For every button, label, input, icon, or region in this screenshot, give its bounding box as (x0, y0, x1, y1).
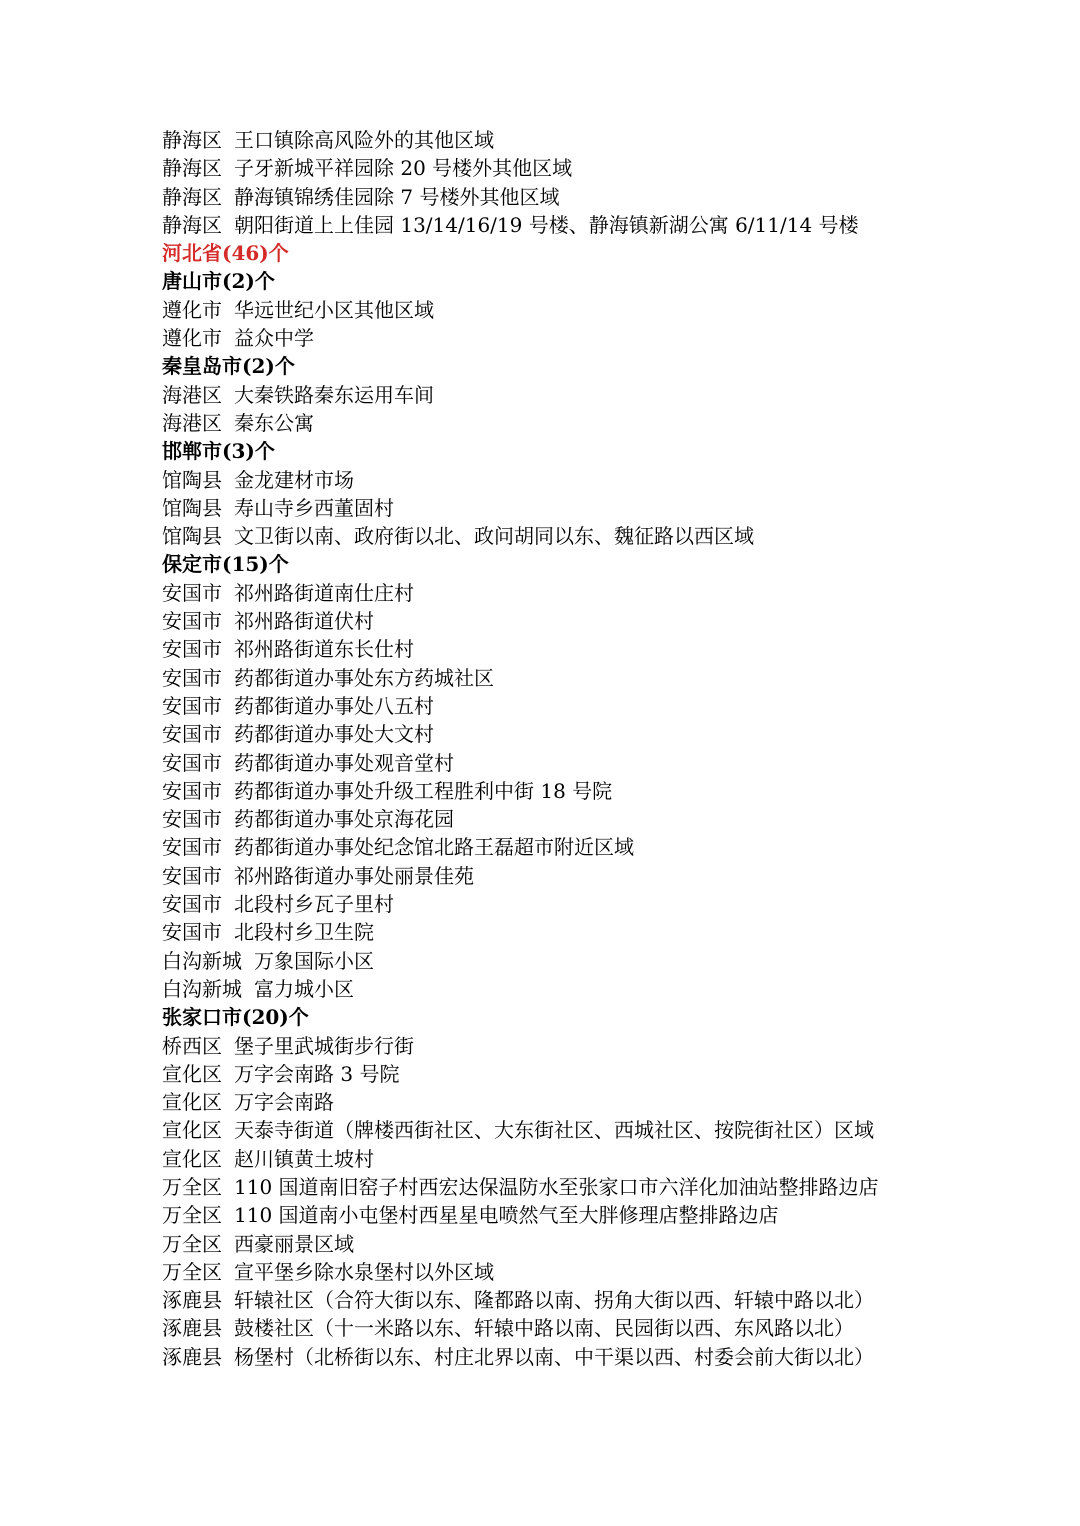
city-heading: 秦皇岛市(2)个 (162, 352, 990, 380)
area-description: 药都街道办事处纪念馆北路王磊超市附近区域 (234, 833, 634, 861)
city-heading: 唐山市(2)个 (162, 267, 990, 295)
district-name: 安国市 (162, 749, 222, 777)
district-name: 宣化区 (162, 1060, 222, 1088)
risk-area-list: 静海区王口镇除高风险外的其他区域静海区子牙新城平祥园除 20 号楼外其他区域静海… (162, 126, 990, 1371)
area-description: 药都街道办事处大文村 (234, 720, 434, 748)
area-description: 药都街道办事处京海花园 (234, 805, 454, 833)
district-name: 静海区 (162, 211, 222, 239)
list-item: 涿鹿县鼓楼社区（十一米路以东、轩辕中路以南、民园街以西、东风路以北） (162, 1314, 990, 1342)
area-description: 赵川镇黄土坡村 (234, 1145, 374, 1173)
list-item: 静海区朝阳街道上上佳园 13/14/16/19 号楼、静海镇新湖公寓 6/11/… (162, 211, 990, 239)
list-item: 安国市北段村乡卫生院 (162, 918, 990, 946)
district-name: 馆陶县 (162, 494, 222, 522)
list-item: 万全区西豪丽景区域 (162, 1230, 990, 1258)
area-description: 药都街道办事处八五村 (234, 692, 434, 720)
district-name: 遵化市 (162, 296, 222, 324)
area-description: 北段村乡卫生院 (234, 918, 374, 946)
district-name: 海港区 (162, 409, 222, 437)
list-item: 桥西区堡子里武城街步行街 (162, 1032, 990, 1060)
list-item: 安国市祁州路街道东长仕村 (162, 635, 990, 663)
area-description: 金龙建材市场 (234, 466, 354, 494)
district-name: 静海区 (162, 126, 222, 154)
district-name: 安国市 (162, 692, 222, 720)
area-description: 万字会南路 (234, 1088, 334, 1116)
list-item: 遵化市华远世纪小区其他区域 (162, 296, 990, 324)
district-name: 安国市 (162, 890, 222, 918)
list-item: 安国市药都街道办事处京海花园 (162, 805, 990, 833)
list-item: 万全区宣平堡乡除水泉堡村以外区域 (162, 1258, 990, 1286)
area-description: 杨堡村（北桥街以东、村庄北界以南、中干渠以西、村委会前大街以北） (234, 1343, 874, 1371)
district-name: 安国市 (162, 918, 222, 946)
list-item: 海港区大秦铁路秦东运用车间 (162, 381, 990, 409)
area-description: 天泰寺街道（牌楼西街社区、大东街社区、西城社区、按院街社区）区域 (234, 1116, 874, 1144)
list-item: 安国市祁州路街道伏村 (162, 607, 990, 635)
district-name: 万全区 (162, 1201, 222, 1229)
district-name: 宣化区 (162, 1145, 222, 1173)
area-description: 寿山寺乡西董固村 (234, 494, 394, 522)
district-name: 遵化市 (162, 324, 222, 352)
district-name: 安国市 (162, 664, 222, 692)
district-name: 桥西区 (162, 1032, 222, 1060)
list-item: 宣化区赵川镇黄土坡村 (162, 1145, 990, 1173)
area-description: 药都街道办事处观音堂村 (234, 749, 454, 777)
area-description: 秦东公寓 (234, 409, 314, 437)
list-item: 万全区110 国道南旧窑子村西宏达保温防水至张家口市六洋化加油站整排路边店 (162, 1173, 990, 1201)
district-name: 馆陶县 (162, 466, 222, 494)
list-item: 安国市祁州路街道办事处丽景佳苑 (162, 862, 990, 890)
district-name: 安国市 (162, 579, 222, 607)
area-description: 祁州路街道伏村 (234, 607, 374, 635)
area-description: 万象国际小区 (254, 947, 374, 975)
area-description: 王口镇除高风险外的其他区域 (234, 126, 494, 154)
district-name: 安国市 (162, 720, 222, 748)
list-item: 馆陶县寿山寺乡西董固村 (162, 494, 990, 522)
area-description: 祁州路街道南仕庄村 (234, 579, 414, 607)
district-name: 安国市 (162, 607, 222, 635)
list-item: 静海区王口镇除高风险外的其他区域 (162, 126, 990, 154)
document-page: 静海区王口镇除高风险外的其他区域静海区子牙新城平祥园除 20 号楼外其他区域静海… (0, 0, 1080, 1526)
district-name: 万全区 (162, 1230, 222, 1258)
list-item: 安国市药都街道办事处大文村 (162, 720, 990, 748)
city-heading: 保定市(15)个 (162, 550, 990, 578)
list-item: 宣化区万字会南路 (162, 1088, 990, 1116)
district-name: 静海区 (162, 154, 222, 182)
district-name: 安国市 (162, 862, 222, 890)
list-item: 遵化市益众中学 (162, 324, 990, 352)
district-name: 白沟新城 (162, 947, 242, 975)
city-heading: 张家口市(20)个 (162, 1003, 990, 1031)
district-name: 静海区 (162, 183, 222, 211)
district-name: 涿鹿县 (162, 1286, 222, 1314)
area-description: 大秦铁路秦东运用车间 (234, 381, 434, 409)
area-description: 祁州路街道东长仕村 (234, 635, 414, 663)
district-name: 海港区 (162, 381, 222, 409)
district-name: 宣化区 (162, 1088, 222, 1116)
area-description: 北段村乡瓦子里村 (234, 890, 394, 918)
list-item: 馆陶县金龙建材市场 (162, 466, 990, 494)
area-description: 华远世纪小区其他区域 (234, 296, 434, 324)
area-description: 110 国道南小屯堡村西星星电喷然气至大胖修理店整排路边店 (234, 1201, 779, 1229)
area-description: 药都街道办事处东方药城社区 (234, 664, 494, 692)
list-item: 白沟新城万象国际小区 (162, 947, 990, 975)
area-description: 静海镇锦绣佳园除 7 号楼外其他区域 (234, 183, 559, 211)
area-description: 文卫街以南、政府街以北、政问胡同以东、魏征路以西区域 (234, 522, 754, 550)
area-description: 轩辕社区（合符大街以东、隆都路以南、拐角大街以西、轩辕中路以北） (234, 1286, 874, 1314)
area-description: 子牙新城平祥园除 20 号楼外其他区域 (234, 154, 572, 182)
list-item: 安国市药都街道办事处东方药城社区 (162, 664, 990, 692)
list-item: 白沟新城富力城小区 (162, 975, 990, 1003)
list-item: 涿鹿县轩辕社区（合符大街以东、隆都路以南、拐角大街以西、轩辕中路以北） (162, 1286, 990, 1314)
list-item: 宣化区万字会南路 3 号院 (162, 1060, 990, 1088)
list-item: 安国市药都街道办事处纪念馆北路王磊超市附近区域 (162, 833, 990, 861)
district-name: 涿鹿县 (162, 1343, 222, 1371)
district-name: 涿鹿县 (162, 1314, 222, 1342)
area-description: 万字会南路 3 号院 (234, 1060, 399, 1088)
district-name: 安国市 (162, 833, 222, 861)
district-name: 白沟新城 (162, 975, 242, 1003)
area-description: 药都街道办事处升级工程胜利中街 18 号院 (234, 777, 612, 805)
list-item: 安国市药都街道办事处升级工程胜利中街 18 号院 (162, 777, 990, 805)
list-item: 海港区秦东公寓 (162, 409, 990, 437)
list-item: 万全区110 国道南小屯堡村西星星电喷然气至大胖修理店整排路边店 (162, 1201, 990, 1229)
district-name: 宣化区 (162, 1116, 222, 1144)
area-description: 西豪丽景区域 (234, 1230, 354, 1258)
area-description: 110 国道南旧窑子村西宏达保温防水至张家口市六洋化加油站整排路边店 (234, 1173, 879, 1201)
list-item: 安国市北段村乡瓦子里村 (162, 890, 990, 918)
district-name: 安国市 (162, 777, 222, 805)
district-name: 安国市 (162, 805, 222, 833)
list-item: 涿鹿县杨堡村（北桥街以东、村庄北界以南、中干渠以西、村委会前大街以北） (162, 1343, 990, 1371)
list-item: 安国市祁州路街道南仕庄村 (162, 579, 990, 607)
list-item: 静海区静海镇锦绣佳园除 7 号楼外其他区域 (162, 183, 990, 211)
city-heading: 邯郸市(3)个 (162, 437, 990, 465)
district-name: 万全区 (162, 1173, 222, 1201)
province-heading: 河北省(46)个 (162, 239, 990, 267)
list-item: 宣化区天泰寺街道（牌楼西街社区、大东街社区、西城社区、按院街社区）区域 (162, 1116, 990, 1144)
area-description: 堡子里武城街步行街 (234, 1032, 414, 1060)
list-item: 安国市药都街道办事处八五村 (162, 692, 990, 720)
district-name: 万全区 (162, 1258, 222, 1286)
district-name: 馆陶县 (162, 522, 222, 550)
area-description: 益众中学 (234, 324, 314, 352)
district-name: 安国市 (162, 635, 222, 663)
area-description: 鼓楼社区（十一米路以东、轩辕中路以南、民园街以西、东风路以北） (234, 1314, 854, 1342)
area-description: 朝阳街道上上佳园 13/14/16/19 号楼、静海镇新湖公寓 6/11/14 … (234, 211, 859, 239)
area-description: 富力城小区 (254, 975, 354, 1003)
area-description: 宣平堡乡除水泉堡村以外区域 (234, 1258, 494, 1286)
list-item: 静海区子牙新城平祥园除 20 号楼外其他区域 (162, 154, 990, 182)
area-description: 祁州路街道办事处丽景佳苑 (234, 862, 474, 890)
list-item: 安国市药都街道办事处观音堂村 (162, 749, 990, 777)
list-item: 馆陶县文卫街以南、政府街以北、政问胡同以东、魏征路以西区域 (162, 522, 990, 550)
